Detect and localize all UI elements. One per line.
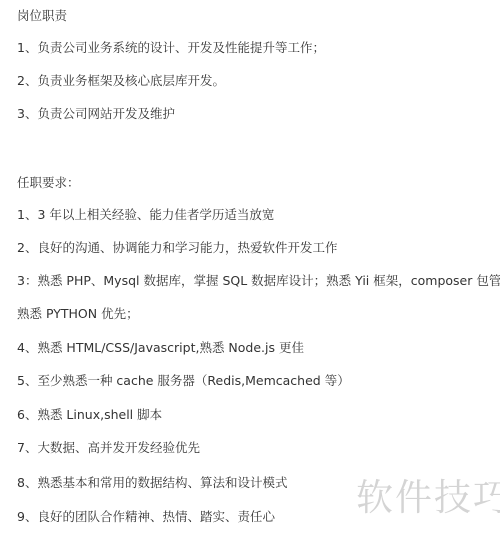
duty-item-2: 2、负责业务框架及核心底层库开发。	[17, 73, 225, 89]
requirements-heading: 任职要求：	[17, 175, 80, 191]
requirement-item-6: 6、熟悉 Linux,shell 脚本	[17, 407, 162, 423]
duty-item-3: 3、负责公司网站开发及维护	[17, 106, 175, 122]
requirement-item-5: 5、至少熟悉一种 cache 服务器（Redis,Memcached 等）	[17, 373, 350, 389]
watermark-text: 软件技巧	[356, 476, 500, 520]
requirement-item-3: 3：熟悉 PHP、Mysql 数据库，掌握 SQL 数据库设计；熟悉 Yii 框…	[17, 273, 500, 289]
requirement-item-9: 9、良好的团队合作精神、热情、踏实、责任心	[17, 509, 275, 525]
requirement-item-1: 1、3 年以上相关经验、能力佳者学历适当放宽	[17, 207, 274, 223]
requirement-item-3-continued: 熟悉 PYTHON 优先；	[17, 306, 139, 322]
duty-item-1: 1、负责公司业务系统的设计、开发及性能提升等工作；	[17, 40, 325, 56]
job-description-document: 岗位职责 1、负责公司业务系统的设计、开发及性能提升等工作； 2、负责业务框架及…	[0, 0, 500, 538]
requirement-item-4: 4、熟悉 HTML/CSS/Javascript,熟悉 Node.js 更佳	[17, 340, 304, 356]
requirement-item-7: 7、大数据、高并发开发经验优先	[17, 440, 200, 456]
duties-heading: 岗位职责	[17, 8, 67, 24]
requirement-item-2: 2、良好的沟通、协调能力和学习能力，热爱软件开发工作	[17, 240, 337, 256]
requirement-item-8: 8、熟悉基本和常用的数据结构、算法和设计模式	[17, 475, 287, 491]
